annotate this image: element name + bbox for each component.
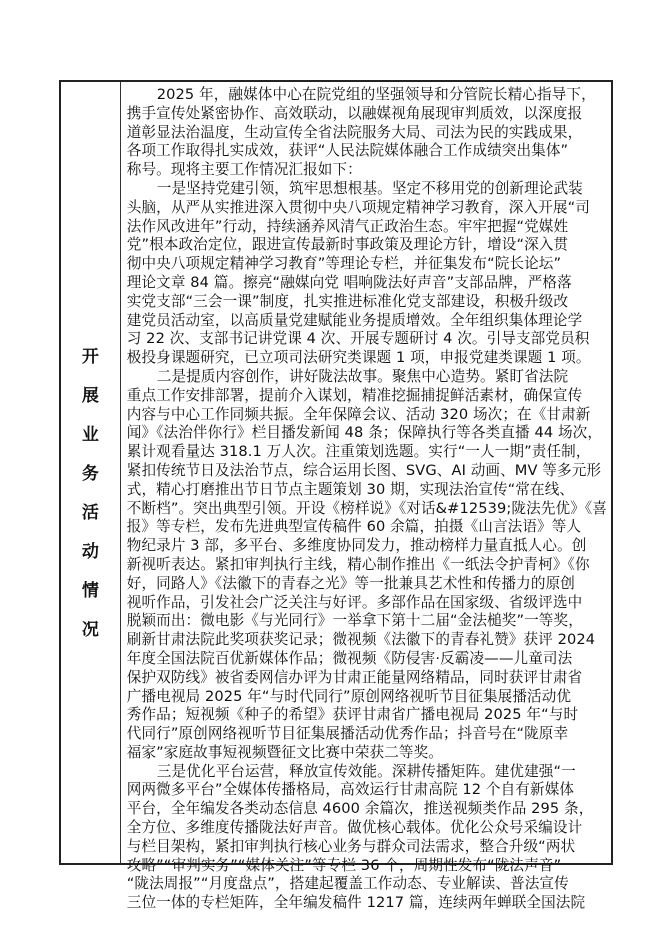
paragraph-line: 脱颖而出：微电影《与光同行》一举拿下第十二届“金法槌奖”一等奖，	[127, 612, 607, 631]
paragraph-line: 党”根本政治定位，跟进宣传最新时事政策及理论方针，增设“深入贯	[127, 236, 607, 255]
paragraph-line: 极投身课题研究，已立项司法研究类课题 1 项，申报党建类课题 1 项。	[127, 349, 607, 368]
paragraph-line: 实党支部“三会一课”制度，扎实推进标准化党支部建设，积极升级改	[127, 293, 607, 312]
paragraph-line: 各项工作取得扎实成效，获评“人民法院媒体融合工作成绩突出集体”	[127, 142, 607, 161]
paragraph-line: 保护双防线》被省委网信办评为甘肃正能量网络精品，同时获评甘肃省	[127, 669, 607, 688]
paragraph-line: 彻中央八项规定精神学习教育”等理论专栏，并征集发布“院长论坛”	[127, 255, 607, 274]
section-label: 开展业务活动情况	[61, 338, 120, 650]
section-label-char: 展	[61, 377, 120, 416]
paragraph-first-line: 2025 年，融媒体中心在院党组的坚强领导和分管院长精心指导下，	[127, 86, 607, 105]
paragraph-line: “陇法周报”“月度盘点”，搭建起覆盖工作动态、专业解读、普法宣传	[127, 875, 607, 894]
paragraph-first-line: 三是优化平台运营，释放宣传效能。深耕传播矩阵。建优建强“一	[127, 763, 607, 782]
section-label-char: 况	[61, 611, 120, 650]
section-content-cell: 2025 年，融媒体中心在院党组的坚强领导和分管院长精心指导下，携手宣传处紧密协…	[121, 82, 611, 863]
paragraph-first-line: 一是坚持党建引领，筑牢思想根基。坚定不移用党的创新理论武装	[127, 180, 607, 199]
paragraph-line: 刷新甘肃法院此奖项获奖记录；微视频《法徽下的青春礼赞》获评 2024	[127, 631, 607, 650]
paragraph-line: 三位一体的专栏矩阵，全年编发稿件 1217 篇，连续两年蝉联全国法院	[127, 894, 607, 913]
paragraph-line: 视听作品，引发社会广泛关注与好评。多部作品在国家级、省级评选中	[127, 594, 607, 613]
paragraph-line: 新视听表达。紧扣审判执行主线，精心制作推出《一纸法令护青柯》《你	[127, 556, 607, 575]
paragraph-line: 好，同路人》《法徽下的青春之光》等一批兼具艺术性和传播力的原创	[127, 575, 607, 594]
paragraph-line: 累计观看量达 318.1 万人次。注重策划选题。实行“一人一期”责任制，	[127, 443, 607, 462]
paragraph-line: 与栏目架构，紧扣审判执行核心业务与群众司法需求，整合升级“两状	[127, 838, 607, 857]
paragraph-line: 道彰显法治温度，生动宣传全省法院服务大局、司法为民的实践成果，	[127, 124, 607, 143]
paragraph-line: 平台，全年编发各类动态信息 4600 余篇次，推送视频类作品 295 条，	[127, 800, 607, 819]
paragraph-line: 建党员活动室，以高质量党建赋能业务提质增效。全年组织集体理论学	[127, 312, 607, 331]
paragraph-line: 网两微多平台”全媒体传播格局，高效运行甘肃高院 12 个自有新媒体	[127, 781, 607, 800]
paragraph-line: 福家”家庭故事短视频暨征文比赛中荣获二等奖。	[127, 744, 607, 763]
paragraph-line: 全方位、多维度传播陇法好声音。做优核心载体。优化公众号采编设计	[127, 819, 607, 838]
paragraph-line: 式，精心打磨推出节日节点主题策划 30 期，实现法治宣传“常在线、	[127, 481, 607, 500]
paragraph-line: 报》等专栏，发布先进典型宣传稿件 60 余篇，拍摄《山言法语》等人	[127, 518, 607, 537]
section-label-char: 务	[61, 455, 120, 494]
section-label-char: 业	[61, 416, 120, 455]
paragraph-line: 理论文章 84 篇。擦亮“融媒向党 唱响陇法好声音”支部品牌，严格落	[127, 274, 607, 293]
paragraph-line: 攻略”“审判实务”“媒体关注”等专栏 36 个，周期性发布“陇法声音”	[127, 857, 607, 876]
paragraph-line: 闻》《法治伴你行》栏目播发新闻 48 条；保障执行等各类直播 44 场次，	[127, 424, 607, 443]
paragraph-line: 紧扣传统节日及法治节点，综合运用长图、SVG、AI 动画、MV 等多元形	[127, 462, 607, 481]
section-label-char: 情	[61, 572, 120, 611]
paragraph-line: 广播电视局 2025 年“与时代同行”原创网络视听节目征集展播活动优	[127, 688, 607, 707]
paragraph-first-line: 二是提质内容创作，讲好陇法故事。聚焦中心造势。紧盯省法院	[127, 368, 607, 387]
paragraph-line: 代同行”原创网络视听节目征集展播活动优秀作品；抖音号在“陇原幸	[127, 725, 607, 744]
paragraph-line: 称号。现将主要工作情况汇报如下：	[127, 161, 607, 180]
paragraph-line: 习 22 次、支部书记讲党课 4 次、开展专题研讨 4 次。引导支部党员积	[127, 330, 607, 349]
paragraph-line: 物纪录片 3 部，多平台、多维度协同发力，推动榜样力量直抵人心。创	[127, 537, 607, 556]
paragraph-line: 重点工作安排部署，提前介入谋划，精准挖掘捕捉鲜活素材，确保宣传	[127, 387, 607, 406]
section-label-char: 开	[61, 338, 120, 377]
section-label-cell: 开展业务活动情况	[61, 82, 121, 863]
paragraph-line: 携手宣传处紧密协作、高效联动，以融媒视角展现审判质效，以深度报	[127, 105, 607, 124]
paragraph-line: 法作风改进年”行动，持续涵养风清气正政治生态。牢牢把握“党媒姓	[127, 218, 607, 237]
paragraph-line: 内容与中心工作同频共振。全年保障会议、活动 320 场次；在《甘肃新	[127, 406, 607, 425]
report-table: 开展业务活动情况 2025 年，融媒体中心在院党组的坚强领导和分管院长精心指导下…	[59, 80, 613, 865]
paragraph-line: 年度全国法院百优新媒体作品；微视频《防侵害·反霸凌——儿童司法	[127, 650, 607, 669]
section-label-char: 动	[61, 533, 120, 572]
section-label-char: 活	[61, 494, 120, 533]
paragraph-line: 秀作品；短视频《种子的希望》获评甘肃省广播电视局 2025 年“与时	[127, 706, 607, 725]
paragraph-line: 不断档”。突出典型引领。开设《榜样说》《对话&#12539;陇法先优》《喜	[127, 500, 607, 519]
paragraph-line: 头脑，从严从实推进深入贯彻中央八项规定精神学习教育，深入开展“司	[127, 199, 607, 218]
